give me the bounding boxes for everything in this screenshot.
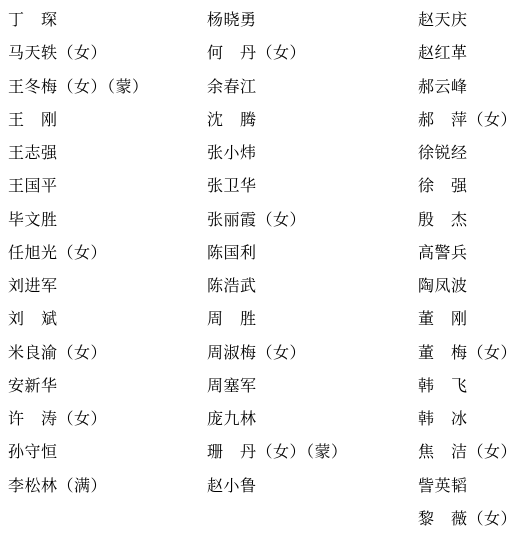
name-item: 余春江 (207, 69, 418, 102)
name-item: 黎 薇（女） (418, 501, 517, 534)
name-item: 高警兵 (418, 235, 517, 268)
name-item: 董 刚 (418, 301, 517, 334)
name-item: 丁 琛 (8, 2, 207, 35)
name-item: 杨晓勇 (207, 2, 418, 35)
name-item: 何 丹（女） (207, 35, 418, 68)
name-item: 沈 腾 (207, 102, 418, 135)
name-item: 陈国利 (207, 235, 418, 268)
name-column-1: 丁 琛 马天轶（女） 王冬梅（女）（蒙） 王 刚 王志强 王国平 毕文胜 任旭光… (0, 2, 207, 534)
name-item: 韩 飞 (418, 368, 517, 401)
name-item: 王冬梅（女）（蒙） (8, 69, 207, 102)
name-item: 马天轶（女） (8, 35, 207, 68)
name-column-2: 杨晓勇 何 丹（女） 余春江 沈 腾 张小炜 张卫华 张丽霞（女） 陈国利 陈浩… (207, 2, 418, 534)
name-item: 徐锐经 (418, 135, 517, 168)
name-item: 王 刚 (8, 102, 207, 135)
name-item: 孙守恒 (8, 434, 207, 467)
name-item: 陶凤波 (418, 268, 517, 301)
name-item: 周塞军 (207, 368, 418, 401)
name-item: 徐 强 (418, 168, 517, 201)
name-item: 王国平 (8, 168, 207, 201)
name-item: 任旭光（女） (8, 235, 207, 268)
name-item: 王志强 (8, 135, 207, 168)
name-item: 周 胜 (207, 301, 418, 334)
name-item: 毕文胜 (8, 202, 207, 235)
name-item: 安新华 (8, 368, 207, 401)
name-item: 米良渝（女） (8, 335, 207, 368)
name-item: 赵天庆 (418, 2, 517, 35)
name-item: 赵小鲁 (207, 468, 418, 501)
name-item: 许 涛（女） (8, 401, 207, 434)
name-item: 张丽霞（女） (207, 202, 418, 235)
name-item: 张卫华 (207, 168, 418, 201)
name-item: 郝云峰 (418, 69, 517, 102)
name-item: 李松林（满） (8, 468, 207, 501)
name-column-3: 赵天庆 赵红革 郝云峰 郝 萍（女） 徐锐经 徐 强 殷 杰 高警兵 陶凤波 董… (418, 2, 517, 534)
name-item: 刘 斌 (8, 301, 207, 334)
name-item: 焦 洁（女） (418, 434, 517, 467)
name-item: 董 梅（女） (418, 335, 517, 368)
name-item: 张小炜 (207, 135, 418, 168)
name-item: 郝 萍（女） (418, 102, 517, 135)
name-item: 陈浩武 (207, 268, 418, 301)
name-item: 珊 丹（女）（蒙） (207, 434, 418, 467)
name-item: 周淑梅（女） (207, 335, 418, 368)
name-list-document: 丁 琛 马天轶（女） 王冬梅（女）（蒙） 王 刚 王志强 王国平 毕文胜 任旭光… (0, 0, 517, 534)
name-item: 韩 冰 (418, 401, 517, 434)
name-item: 殷 杰 (418, 202, 517, 235)
name-item: 刘进军 (8, 268, 207, 301)
name-item: 赵红革 (418, 35, 517, 68)
name-item: 庞九林 (207, 401, 418, 434)
name-item: 訾英韬 (418, 468, 517, 501)
